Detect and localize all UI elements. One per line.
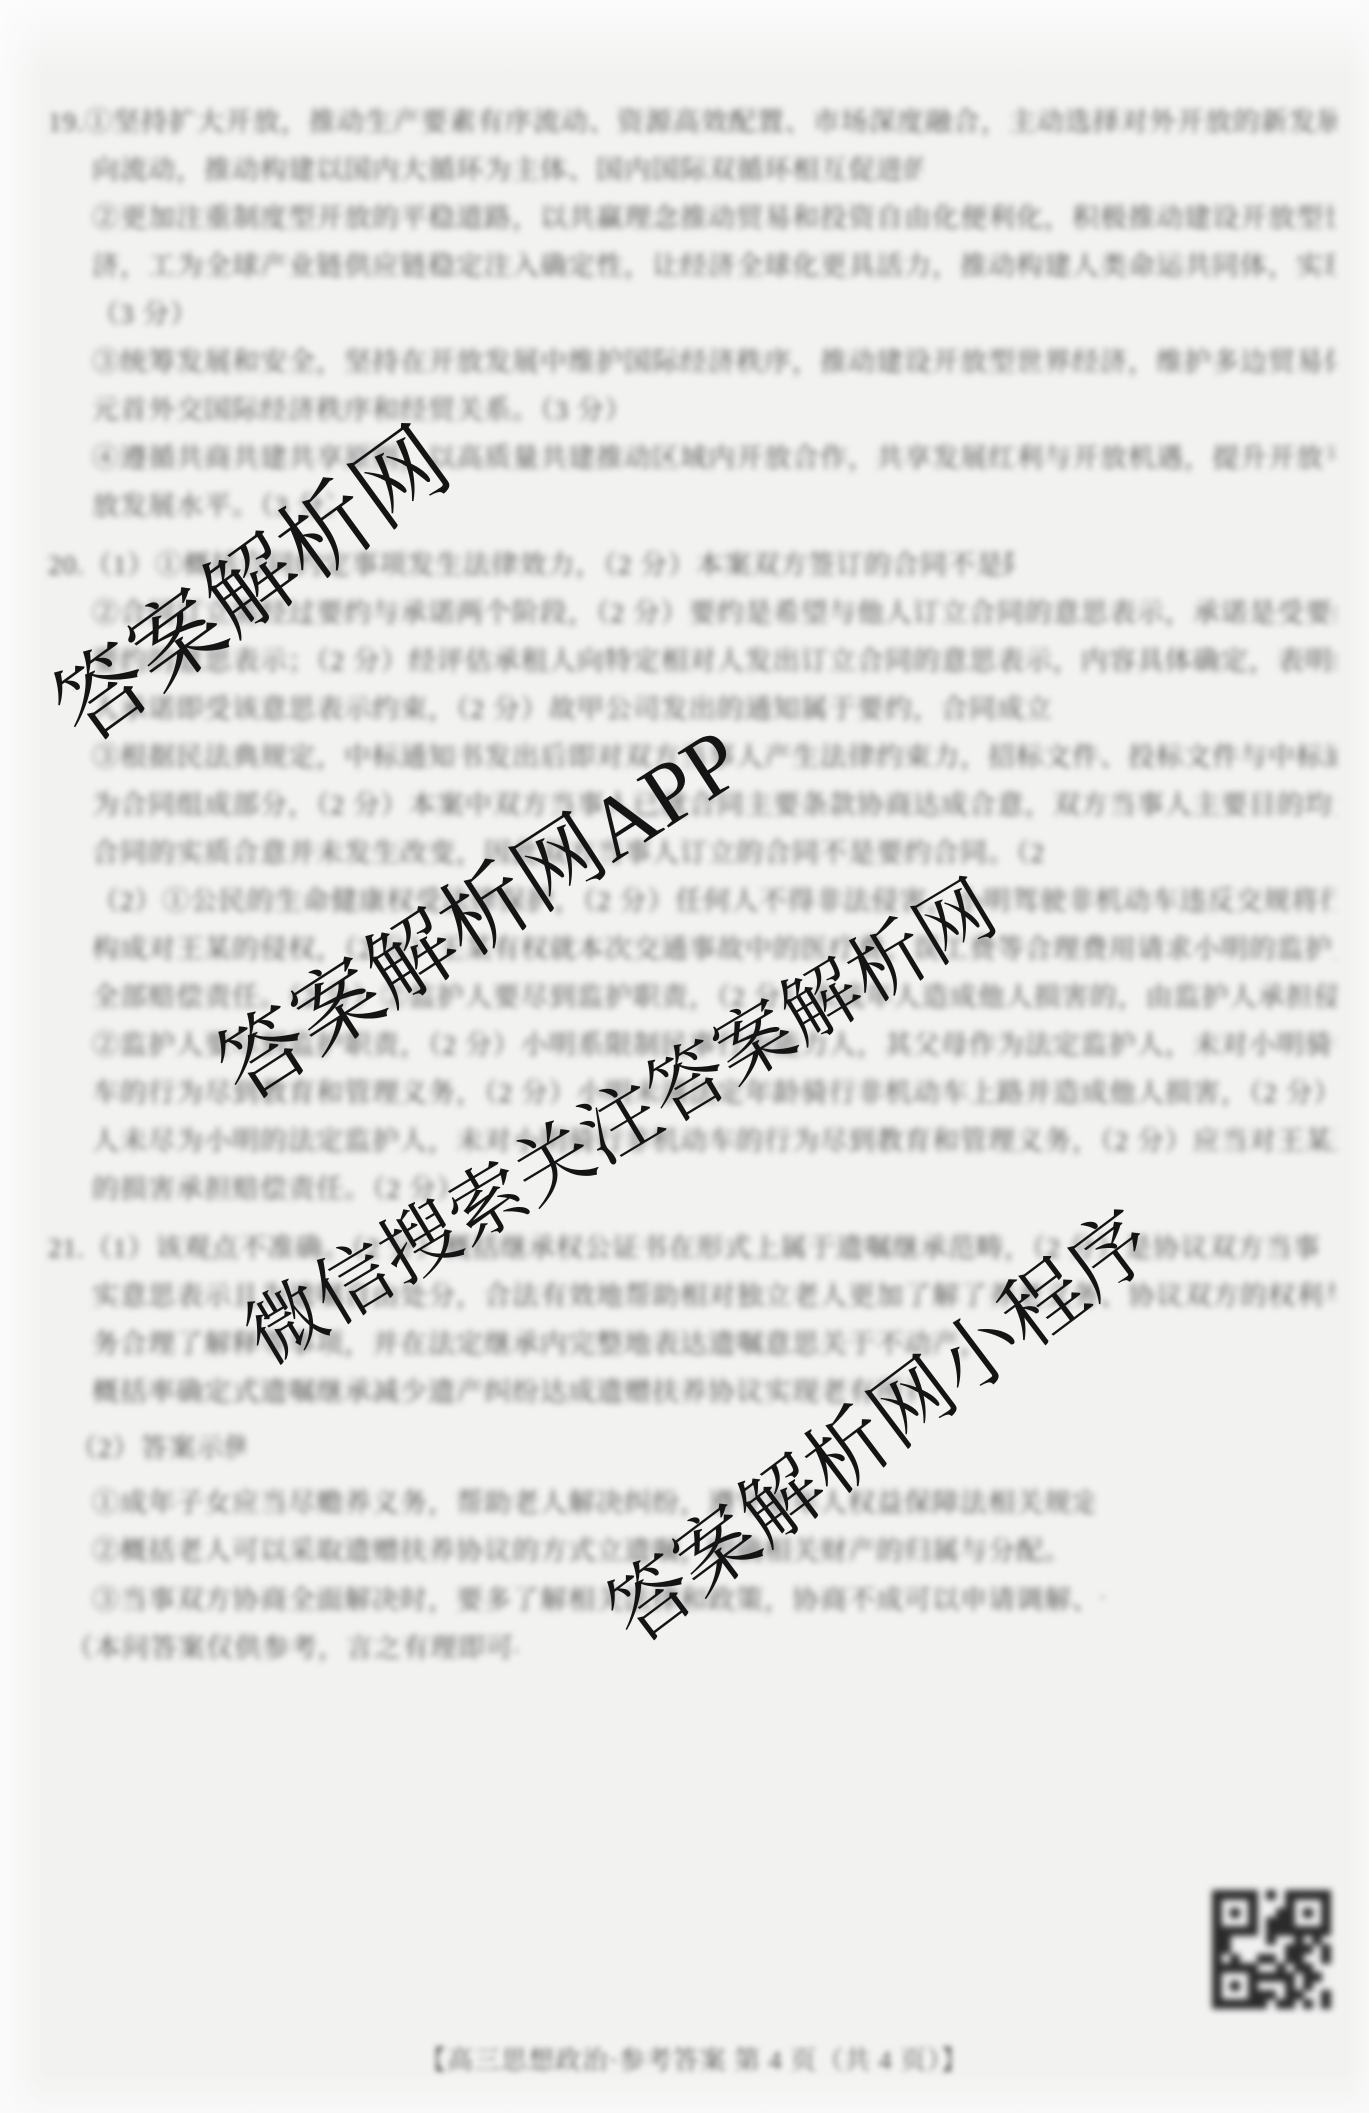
blurred-text-line: 向流动，推动构建以国内大循环为主体、国内国际双循环相互促进的新发展格局。（3 分…: [92, 152, 922, 188]
qr-module: [1321, 1999, 1331, 2009]
page-edge-fade-right: [1347, 0, 1369, 2113]
page-edge-fade-bottom: [0, 2073, 1369, 2113]
qr-module: [1285, 1999, 1295, 2009]
blurred-text-line: 概括率确定式遗嘱继承减少遗产纠纷达成遗赠扶养协议实现老有所养的财产，（2 分）: [92, 1374, 914, 1410]
qr-module: [1266, 1890, 1276, 1900]
qr-module: [1257, 1999, 1267, 2009]
blurred-text-line: 的损害承担赔偿责任。（2 分）: [92, 1171, 448, 1207]
document-page: 19.①坚持扩大开放，推动生产要素有序流动、资源高效配置、市场深度融合，主动选择…: [0, 0, 1369, 2113]
blurred-text-line: （3 分）: [92, 296, 187, 332]
qr-module: [1303, 1999, 1313, 2009]
qr-module: [1303, 1981, 1313, 1991]
blurred-text-line: ②更加注重制度型开放的平稳道路，以共赢理念推动贸易和投资自由化便利化，积极推动建…: [92, 200, 1336, 236]
blurred-text-line: ①成年子女应当尽赡养义务，帮助老人解决纠纷，遵守老年人权益保障法相关规定并妥善处…: [92, 1485, 1094, 1521]
page-edge-fade-left: [0, 0, 45, 2113]
page-edge-fade-top: [0, 0, 1369, 75]
blurred-text-line: ④遵循共商共建共享原则，以高质量共建推动区域内开放合作，共享发展红利与开放机遇，…: [92, 440, 1336, 476]
blurred-text-line: 构成对王某的侵权，（2 分）王某有权就本次交通事故中的医疗费、误工费等合理费用请…: [92, 931, 1336, 967]
blurred-text-line: 19.①坚持扩大开放，推动生产要素有序流动、资源高效配置、市场深度融合，主动选择…: [48, 104, 1336, 140]
blurred-text-line: （2）①公民的生命健康权受法律保护，（2 分）任何人不得非法侵害，小明驾驶非机动…: [92, 883, 1336, 919]
qr-module: [1303, 1908, 1313, 1918]
blurred-text-line: 务合理了解释等事项，并在法定继承内完整地表达遗嘱意思关于不动产，（2 分）: [92, 1326, 977, 1362]
blurred-text-line: 要约的意思表示；（2 分）经评估承租人向特定相对人发出订立合同的意思表示，内容具…: [92, 643, 1336, 679]
qr-module: [1248, 1926, 1258, 1936]
blurred-text-line: （本问答案仅供参考，言之有理即可——）: [66, 1630, 518, 1666]
qr-module: [1266, 1935, 1276, 1945]
blurred-text-line: ②概括老人可以采取遗赠扶养协议的方式立遗嘱，明确相关财产的归属与分配。（2 分）: [92, 1533, 1062, 1569]
qr-code-pattern: [1212, 1890, 1330, 2008]
blurred-text-line: ③统筹发展和安全，坚持在开放发展中维护国际经济秩序，推动建设开放型世界经济，维护…: [92, 344, 1336, 380]
qr-module: [1230, 1981, 1240, 1991]
qr-module: [1321, 1954, 1331, 1964]
qr-module: [1312, 1972, 1322, 1982]
blurred-text-line: 济，工为全球产业链供应链稳定注入确定性，让经济全球化更具活力，推动构建人类命运共…: [92, 248, 1336, 284]
qr-module: [1230, 1908, 1240, 1918]
page-footer: 【高三思想政治·参考答案 第 4 页（共 4 页）】: [420, 2040, 960, 2077]
qr-module: [1321, 1926, 1331, 1936]
qr-code: [1212, 1890, 1330, 2008]
blurred-text-line: 人承诺即受该意思表示约束，（2 分）故甲公司发出的通知属于要约，合同成立。（2 …: [92, 691, 1050, 727]
qr-module: [1303, 1944, 1313, 1954]
blurred-text-line: （2）答案示例：: [70, 1430, 245, 1466]
blurred-text-line: 人未尽为小明的法定监护人，未对小明骑行非机动车的行为尽到教育和管理义务，（2 分…: [92, 1123, 1336, 1159]
